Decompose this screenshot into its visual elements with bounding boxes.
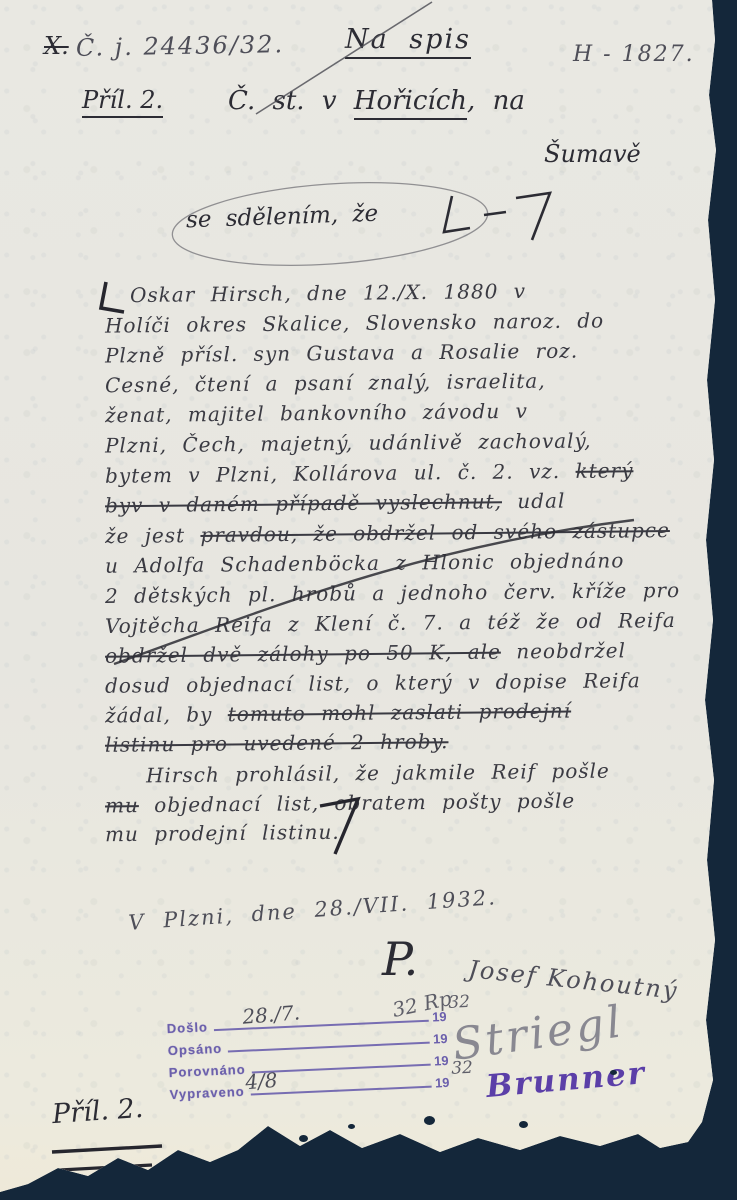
attachment-note-top: Příl. 2. (82, 86, 163, 118)
text-segment: že jest (105, 523, 201, 548)
handwritten-line: bytem v Plzni, Kollárova ul. č. 2. vz. k… (105, 458, 634, 488)
handwritten-line: byv v daném případě vyslechnut, udal (105, 489, 566, 518)
struck-text-segment: mu (105, 793, 139, 817)
stamp-row-year: 19 (433, 1031, 448, 1047)
footer-underline-1 (52, 1146, 162, 1152)
insertion-dash-mark (484, 212, 506, 215)
stamp-row-year: 19 (435, 1075, 450, 1091)
handwritten-line: Hirsch prohlásil, že jakmile Reif pošle (146, 759, 610, 788)
text-segment: Vojtěcha Reifa z Klení č. 7. a též že od… (105, 608, 676, 638)
handwritten-line: listinu pro uvedené 2 hroby. (105, 729, 449, 757)
text-segment: žádal, by (105, 702, 228, 727)
file-code: H - 1827. (573, 42, 695, 67)
stamp-row-year: 19 (434, 1053, 449, 1069)
text-segment: bytem v Plzni, Kollárova ul. č. 2. vz. (105, 459, 576, 488)
text-segment: neobdržel (501, 638, 626, 663)
text-segment: 2 dětských pl. hrobů a jednoho červ. kří… (105, 578, 680, 608)
handwritten-line: Plzni, Čech, majetný, udánlivě zachovalý… (105, 428, 592, 457)
struck-text-segment: listinu pro uvedené 2 hroby. (105, 729, 449, 757)
handwritten-line: obdržel dvě zálohy po 50 K, ale neobdrže… (105, 638, 626, 667)
handwritten-line: Oskar Hirsch, dne 12./X. 1880 v (130, 279, 526, 307)
office-post: , na (467, 86, 525, 116)
handwritten-line: že jest pravdou, že obdržel od svého zás… (105, 518, 670, 548)
handwritten-line: dosud objednací list, o který v dopise R… (105, 668, 641, 698)
footer-underline-2 (60, 1165, 152, 1170)
office-address-line1: Č. st. v Hořicích, na (228, 86, 525, 116)
struck-ref-prefix: X. (44, 32, 69, 60)
signature-ink: Josef Kohoutný (467, 955, 680, 1005)
insertion-close-mark (516, 193, 550, 240)
handwritten-line: žádal, by tomuto mohl zaslati prodejní (105, 699, 571, 728)
stamp-handwritten-date: 28./7. (241, 1000, 300, 1028)
text-segment: Plzně přísl. syn Gustava a Rosalie roz. (105, 339, 578, 368)
body-bracket-open (101, 282, 124, 312)
text-segment: Holíči okres Skalice, Slovensko naroz. d… (105, 308, 604, 337)
paraf-initial: P. (382, 932, 418, 986)
office-pre: Č. st. v (228, 86, 354, 116)
stamp-handwritten-date: 4/8 (244, 1068, 278, 1094)
text-segment: dosud objednací list, o který v dopise R… (105, 668, 641, 698)
struck-text-segment: obdržel dvě zálohy po 50 K, ale (105, 640, 501, 668)
handwritten-line: 2 dětských pl. hrobů a jednoho červ. kří… (105, 578, 680, 608)
text-segment: u Adolfa Schadenböcka z Hlonic objednáno (105, 548, 625, 577)
stamp-handwritten-year-suffix: 32 (451, 1058, 473, 1079)
text-segment: Plzni, Čech, majetný, udánlivě zachovalý… (105, 428, 592, 457)
handwritten-line: Plzně přísl. syn Gustava a Rosalie roz. (105, 339, 578, 368)
insertion-open-mark (444, 196, 470, 232)
struck-text-segment: pravdou, že obdržel od svého zástupce (200, 518, 670, 547)
handwritten-line: u Adolfa Schadenböcka z Hlonic objednáno (105, 548, 625, 577)
text-segment: Oskar Hirsch, dne 12./X. 1880 v (130, 279, 526, 307)
handwritten-line: mu objednací list, obratem pošty pošle (105, 789, 575, 818)
office-name: Hořicích (354, 86, 467, 120)
struck-text-segment: který (575, 458, 633, 483)
struck-text-segment: byv v daném případě vyslechnut, (105, 489, 502, 517)
text-segment: ženat, majitel bankovního závodu v (105, 399, 528, 427)
circled-phrase: se sdělením, že (186, 201, 379, 234)
text-segment: objednací list, obratem pošty pošle (139, 789, 576, 818)
reference-number: Č. j. 24436/32. (76, 30, 285, 62)
text-segment: udal (502, 489, 566, 514)
paper-tear-specks (348, 1124, 355, 1129)
handwritten-line: Cesné, čtení a psaní znalý, israelita, (105, 369, 546, 398)
dateline: V Plzni, dne 28./VII. 1932. (128, 885, 498, 935)
text-segment: Cesné, čtení a psaní znalý, israelita, (105, 369, 546, 398)
attachment-note-bottom: Příl. 2. (51, 1093, 144, 1130)
stamp-row-label: Vypraveno (169, 1084, 245, 1102)
text-segment: mu prodejní listinu. (105, 820, 340, 846)
handwritten-line: Vojtěcha Reifa z Klení č. 7. a též že od… (105, 608, 676, 638)
text-segment: Hirsch prohlásil, že jakmile Reif pošle (146, 759, 610, 788)
handwritten-line: Holíči okres Skalice, Slovensko naroz. d… (105, 308, 604, 337)
struck-text-segment: tomuto mohl zaslati prodejní (228, 699, 572, 727)
document-page: X. Č. j. 24436/32. Na spis H - 1827. Pří… (0, 0, 737, 1200)
na-spis-note: Na spis (345, 24, 471, 59)
handwritten-line: ženat, majitel bankovního závodu v (105, 399, 528, 427)
office-address-line2: Šumavě (544, 140, 641, 168)
handwritten-line: mu prodejní listinu. (105, 820, 340, 846)
